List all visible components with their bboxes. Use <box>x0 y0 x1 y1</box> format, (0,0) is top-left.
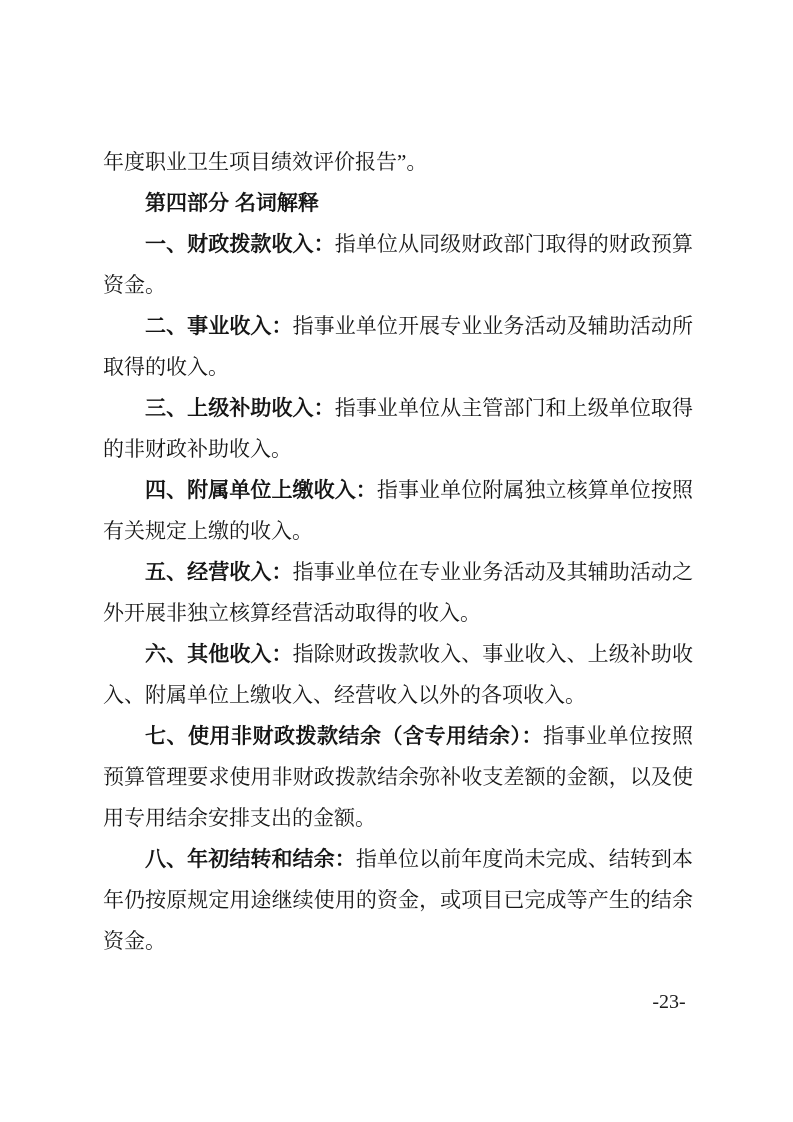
glossary-item-4: 四、附属单位上缴收入：指事业单位附属独立核算单位按照有关规定上缴的收入。 <box>103 470 693 552</box>
document-page: 年度职业卫生项目绩效评价报告”。 第四部分 名词解释 一、财政拨款收入：指单位从… <box>0 0 793 1122</box>
glossary-term-4: 四、附属单位上缴收入： <box>145 478 377 502</box>
glossary-term-1: 一、财政拨款收入： <box>145 232 335 256</box>
glossary-term-8: 八、年初结转和结余： <box>145 847 356 871</box>
continuation-paragraph: 年度职业卫生项目绩效评价报告”。 <box>103 142 693 183</box>
glossary-term-3: 三、上级补助收入： <box>145 396 335 420</box>
page-body-text: 年度职业卫生项目绩效评价报告”。 第四部分 名词解释 一、财政拨款收入：指单位从… <box>103 142 693 962</box>
glossary-item-2: 二、事业收入：指事业单位开展专业业务活动及辅助活动所取得的收入。 <box>103 306 693 388</box>
glossary-item-1: 一、财政拨款收入：指单位从同级财政部门取得的财政预算资金。 <box>103 224 693 306</box>
glossary-item-8: 八、年初结转和结余：指单位以前年度尚未完成、结转到本年仍按原规定用途继续使用的资… <box>103 839 693 962</box>
page-number: -23- <box>645 991 693 1013</box>
section-heading: 第四部分 名词解释 <box>103 183 693 224</box>
glossary-term-7: 七、使用非财政拨款结余（含专用结余）： <box>145 724 543 748</box>
glossary-term-6: 六、其他收入： <box>145 642 293 666</box>
glossary-item-7: 七、使用非财政拨款结余（含专用结余）：指事业单位按照预算管理要求使用非财政拨款结… <box>103 716 693 839</box>
glossary-item-3: 三、上级补助收入：指事业单位从主管部门和上级单位取得的非财政补助收入。 <box>103 388 693 470</box>
glossary-item-6: 六、其他收入：指除财政拨款收入、事业收入、上级补助收入、附属单位上缴收入、经营收… <box>103 634 693 716</box>
glossary-term-2: 二、事业收入： <box>145 314 293 338</box>
glossary-term-5: 五、经营收入： <box>145 560 293 584</box>
glossary-item-5: 五、经营收入：指事业单位在专业业务活动及其辅助活动之外开展非独立核算经营活动取得… <box>103 552 693 634</box>
